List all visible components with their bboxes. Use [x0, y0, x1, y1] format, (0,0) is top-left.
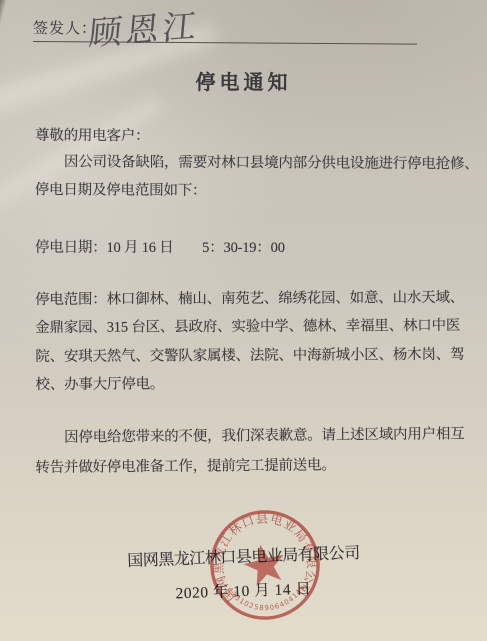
issuer-label: 签发人：: [33, 21, 97, 37]
intro-line: 停电日期及停电范围如下：: [35, 176, 479, 206]
photo-of-notice: 签发人： 顾恩江 停电通知 尊敬的用电客户： 因公司设备缺陷，需要对林口县境内部…: [0, 0, 487, 641]
scope-line: 金鼎家园、315 台区、县政府、实验中学、德林、幸福里、林口中医: [35, 312, 464, 343]
outage-date-line: 停电日期：10 月 16 日 5：30-19：00: [35, 236, 285, 257]
notice-title: 停电通知: [0, 66, 487, 95]
issuer-signature: 顾恩江: [87, 0, 202, 55]
scope-line: 校、办事大厅停电。: [35, 369, 464, 400]
intro-paragraph: 因公司设备缺陷，需要对林口县境内部分供电设施进行停电抢修、 停电日期及停电范围如…: [35, 148, 479, 206]
seal-star-icon: [240, 540, 289, 587]
notice-document: 签发人： 顾恩江 停电通知 尊敬的用电客户： 因公司设备缺陷，需要对林口县境内部…: [0, 0, 487, 641]
apology-line: 转告并做好停电准备工作，提前完工提前送电。: [35, 450, 465, 483]
intro-line: 因公司设备缺陷，需要对林口县境内部分供电设施进行停电抢修、: [35, 148, 479, 178]
official-seal-stamp: 国网黑龙江林口县电业局有限公司 9123102589064041451: [203, 503, 327, 627]
scope-line: 停电范围：林口御林、楠山、南苑艺、绵绣花园、如意、山水天域、: [35, 284, 464, 315]
outage-scope-paragraph: 停电范围：林口御林、楠山、南苑艺、绵绣花园、如意、山水天域、 金鼎家园、315 …: [35, 284, 465, 400]
scope-line: 院、安琪天然气、交警队家属楼、法院、中海新城小区、杨木岗、驾: [35, 341, 464, 372]
apology-paragraph: 因停电给您带来的不便，我们深表歉意。请上述区域内用户相互 转告并做好停电准备工作…: [35, 420, 465, 483]
apology-line: 因停电给您带来的不便，我们深表歉意。请上述区域内用户相互: [35, 420, 465, 453]
issuer-row: 签发人： 顾恩江: [33, 17, 97, 38]
salutation: 尊敬的用电客户：: [35, 124, 150, 146]
